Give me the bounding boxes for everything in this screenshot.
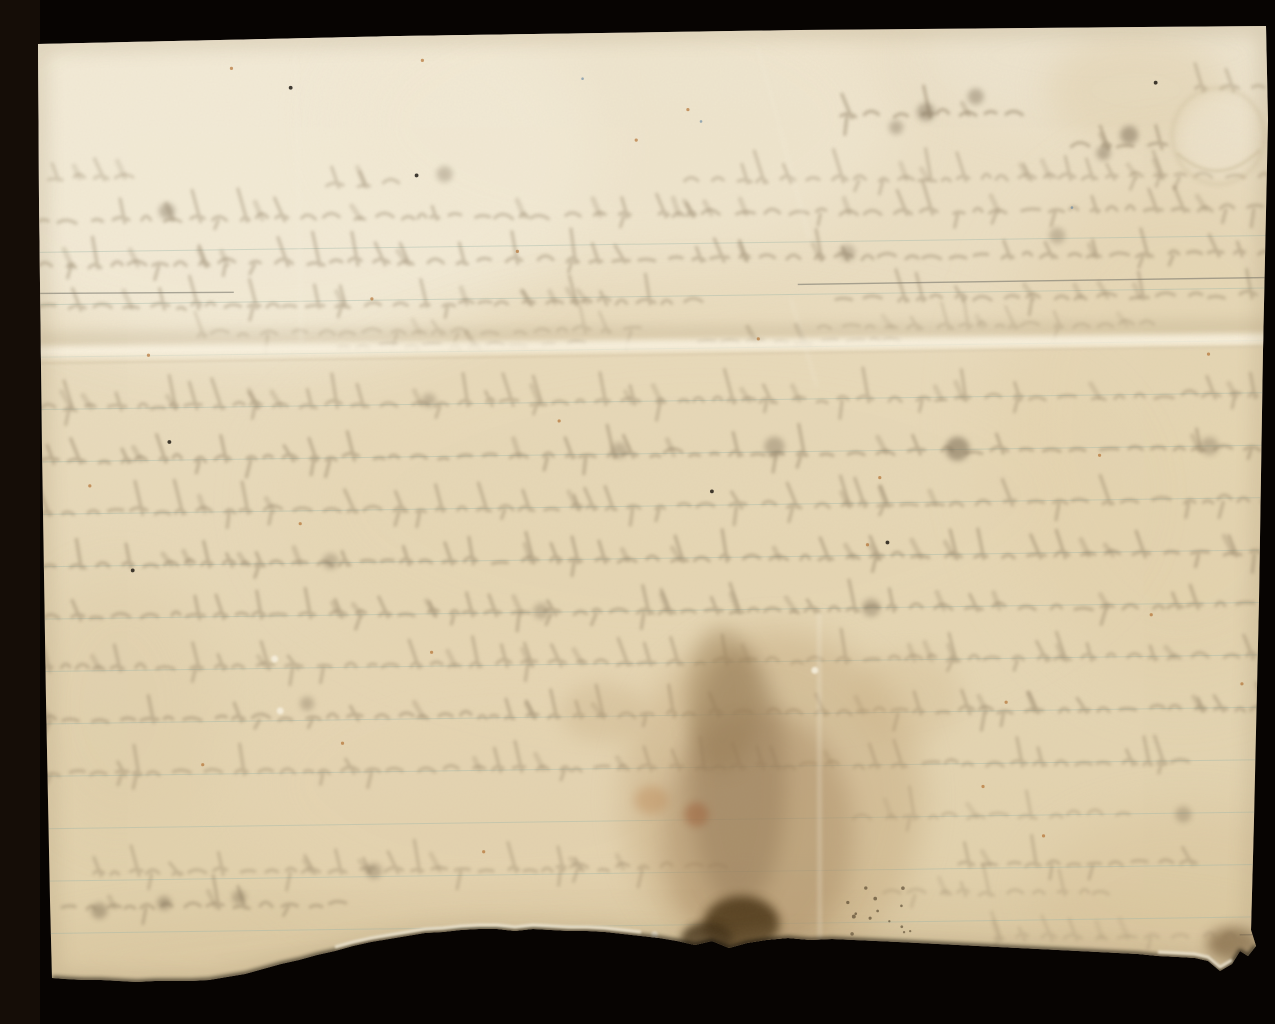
- scanner-bed-left-margin: [0, 0, 40, 1024]
- letter-scan-svg: Scanned page of a 19th-century handwritt…: [0, 0, 1275, 1024]
- paper-grain-texture: [0, 0, 1275, 1024]
- paper-content: [0, 0, 1275, 1024]
- scanned-letter-photo: Scanned page of a 19th-century handwritt…: [0, 0, 1275, 1024]
